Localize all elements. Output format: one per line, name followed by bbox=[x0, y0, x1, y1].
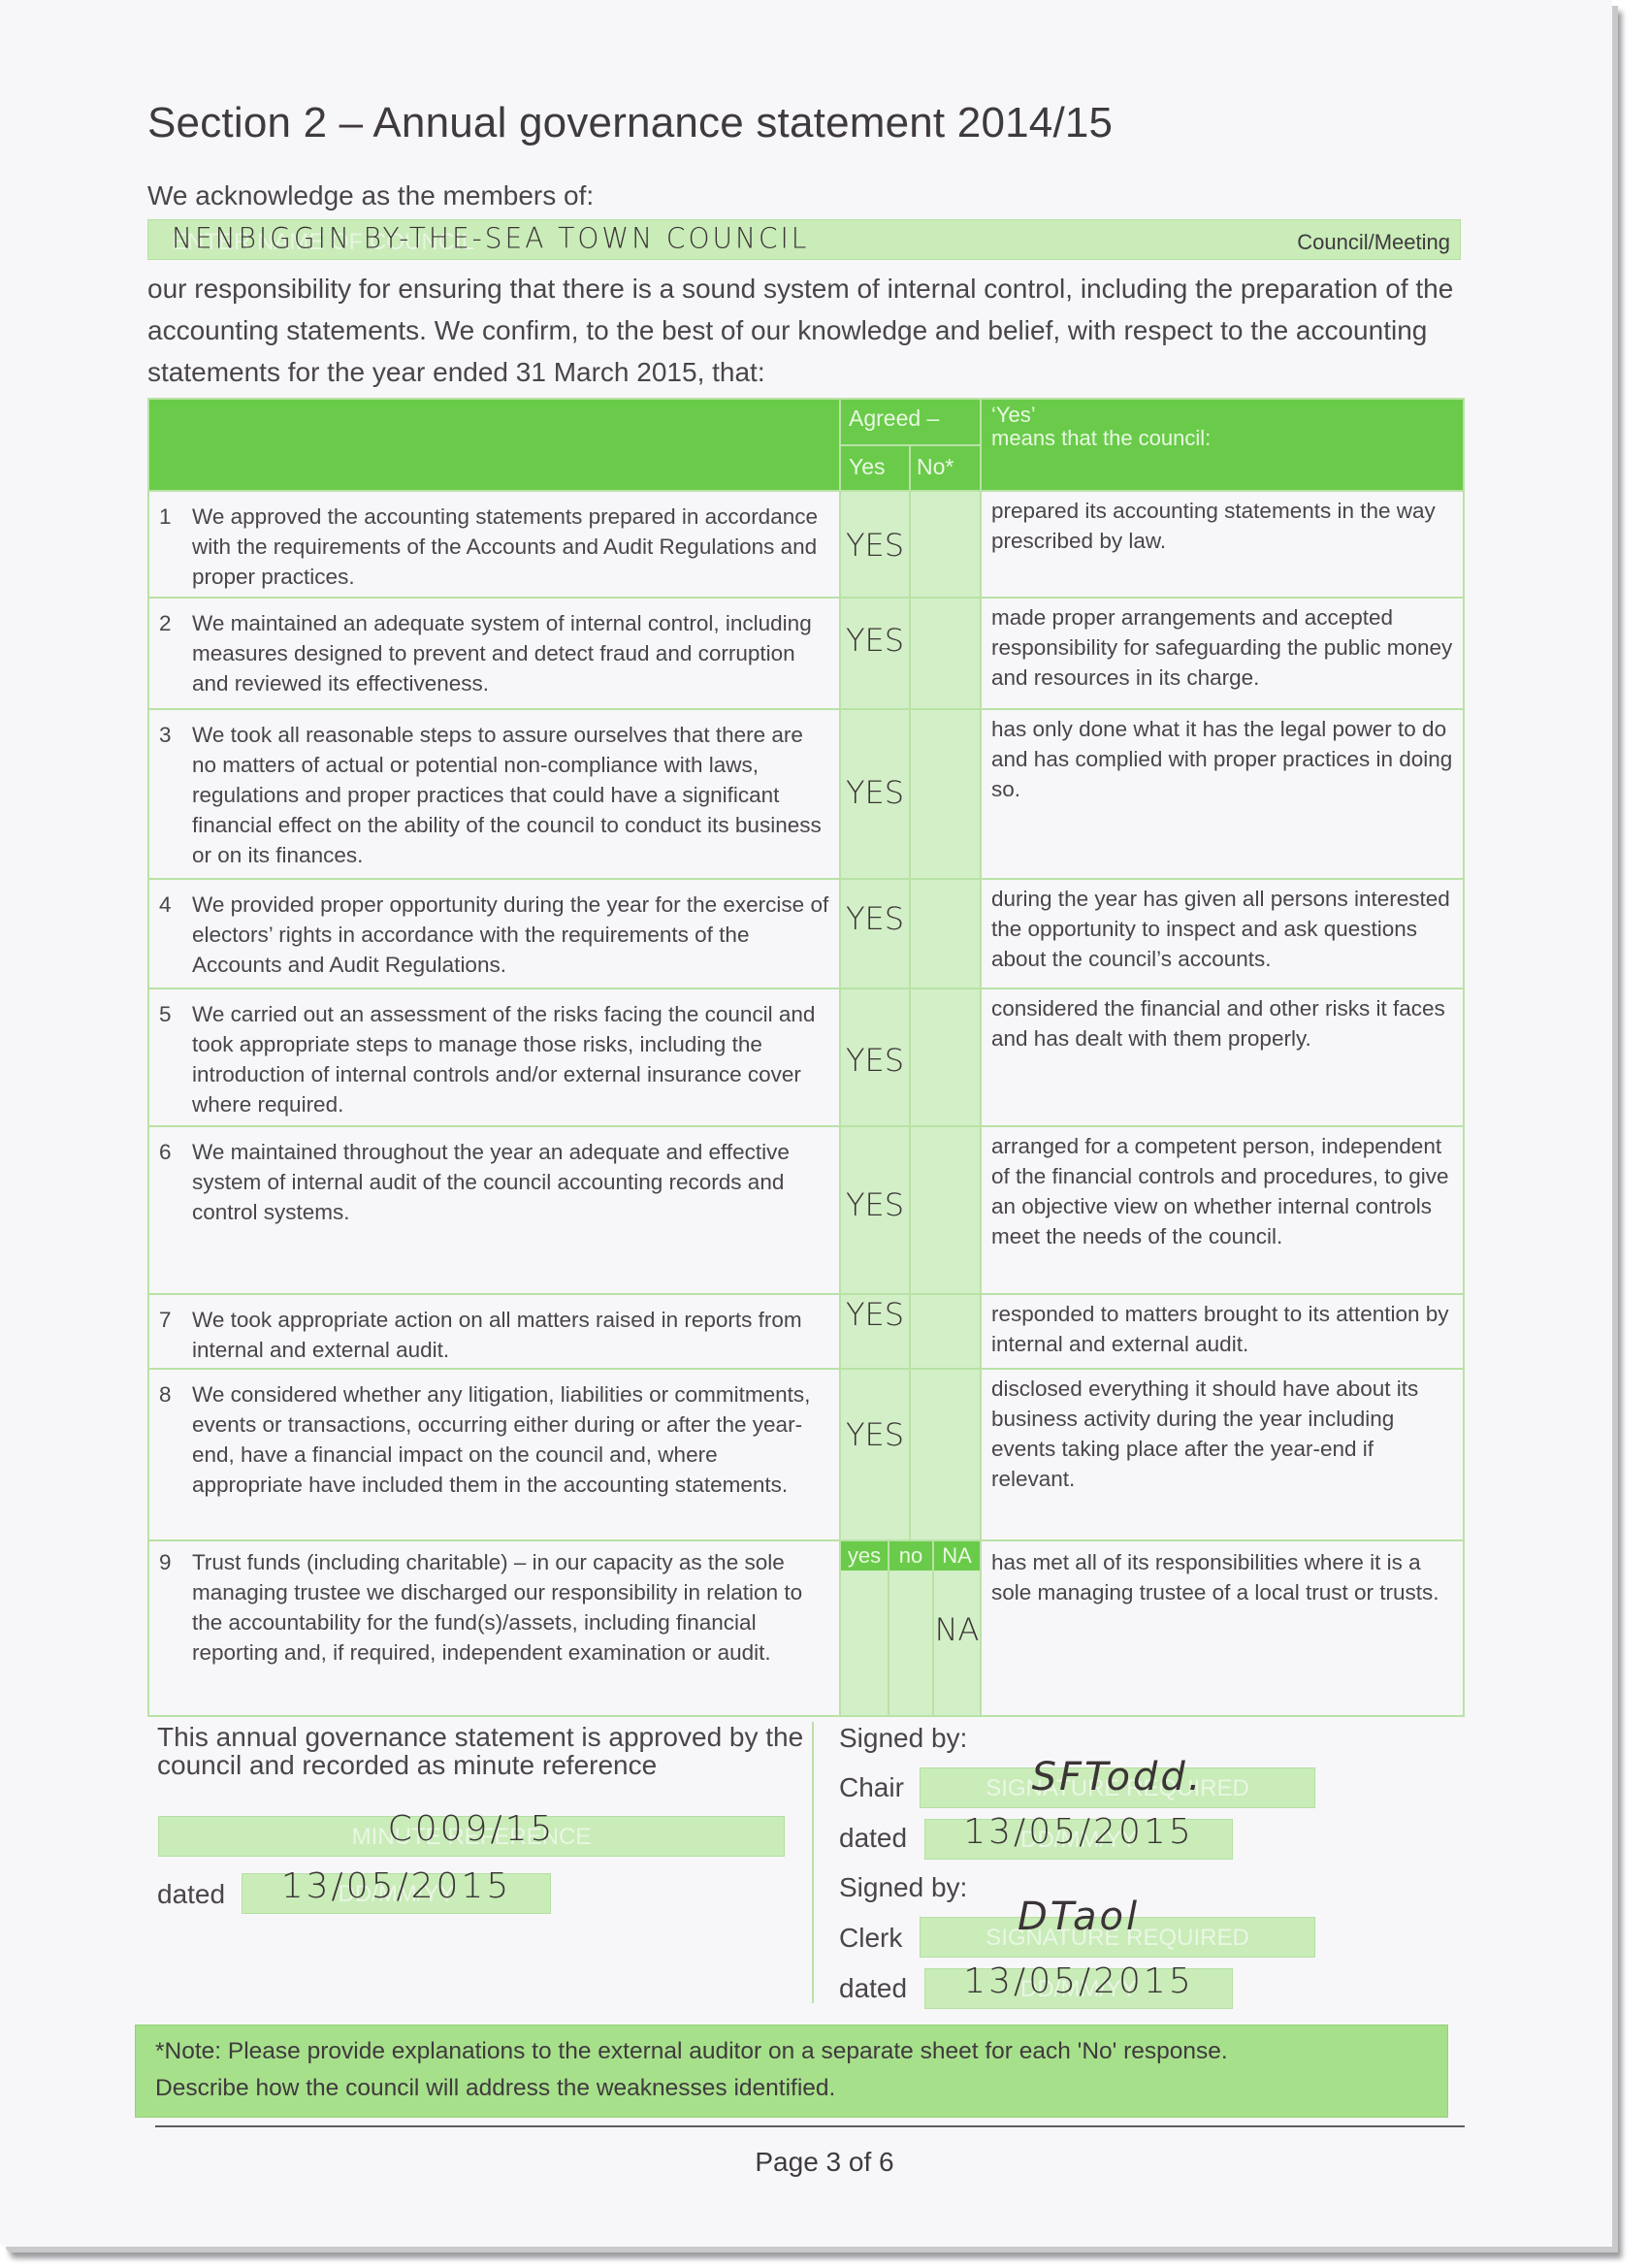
meaning-cell: arranged for a competent person, indepen… bbox=[981, 1126, 1464, 1294]
no-cell[interactable] bbox=[910, 988, 981, 1126]
yes-cell[interactable]: YES bbox=[840, 988, 910, 1126]
yes-mark: YES bbox=[841, 1046, 909, 1076]
clerk-date-field[interactable]: DD/MM/YY 13/05/2015 bbox=[924, 1968, 1233, 2009]
yes-mark: YES bbox=[841, 1190, 909, 1220]
no-cell[interactable] bbox=[910, 1294, 981, 1369]
statement-cell: 2We maintained an adequate system of int… bbox=[148, 598, 840, 709]
yes-cell[interactable]: YES bbox=[840, 709, 910, 879]
meaning-cell: has only done what it has the legal powe… bbox=[981, 709, 1464, 879]
table-row-6: 6We maintained throughout the year an ad… bbox=[148, 1126, 1464, 1294]
table-row-3: 3We took all reasonable steps to assure … bbox=[148, 709, 1464, 879]
page-number: Page 3 of 6 bbox=[0, 2147, 1649, 2178]
trust-na-cell[interactable]: NA NA bbox=[934, 1541, 980, 1715]
row-number: 1 bbox=[149, 502, 192, 592]
statement-text: We approved the accounting statements pr… bbox=[192, 502, 829, 592]
clerk-dated-label: dated bbox=[839, 1973, 907, 2004]
trust-na-mark: NA bbox=[934, 1615, 980, 1645]
meaning-cell: considered the financial and other risks… bbox=[981, 988, 1464, 1126]
note-line-1: *Note: Please provide explanations to th… bbox=[155, 2033, 1447, 2070]
meaning-cell: disclosed everything it should have abou… bbox=[981, 1369, 1464, 1540]
clerk-signature-field[interactable]: SIGNATURE REQUIRED DTaol bbox=[920, 1917, 1315, 1958]
trust-option-no: no bbox=[889, 1541, 932, 1571]
footer-rule bbox=[155, 2125, 1465, 2127]
chair-date-field[interactable]: DD/MM/YY 13/05/2015 bbox=[924, 1819, 1233, 1860]
yes-cell[interactable]: YES bbox=[840, 491, 910, 598]
minute-reference-field[interactable]: MINUTE REFERENCE C009/15 bbox=[158, 1816, 785, 1857]
council-name-value: NENBIGGIN BY-THE-SEA TOWN COUNCIL bbox=[172, 221, 809, 255]
header-meaning-text: means that the council: bbox=[991, 427, 1453, 450]
approval-dated-label: dated bbox=[157, 1879, 225, 1910]
table-header-row: Agreed – ‘Yes’ means that the council: bbox=[148, 399, 1464, 445]
no-cell[interactable] bbox=[910, 709, 981, 879]
yes-cell[interactable]: YES bbox=[840, 1369, 910, 1540]
statement-cell: 3We took all reasonable steps to assure … bbox=[148, 709, 840, 879]
yes-cell[interactable]: YES bbox=[840, 1126, 910, 1294]
yes-cell[interactable]: YES bbox=[840, 879, 910, 988]
statement-text: We considered whether any litigation, li… bbox=[192, 1379, 829, 1500]
table-row-4: 4We provided proper opportunity during t… bbox=[148, 879, 1464, 988]
table-row-7: 7We took appropriate action on all matte… bbox=[148, 1294, 1464, 1369]
yes-mark: YES bbox=[841, 778, 909, 808]
row-number: 2 bbox=[149, 608, 192, 698]
statement-cell: 6We maintained throughout the year an ad… bbox=[148, 1126, 840, 1294]
statement-cell: 8We considered whether any litigation, l… bbox=[148, 1369, 840, 1540]
trust-answer-cells: yes no NA NA bbox=[840, 1540, 981, 1716]
chair-date-value: 13/05/2015 bbox=[925, 1812, 1232, 1852]
yes-mark: YES bbox=[841, 626, 909, 656]
note-line-2: Describe how the council will address th… bbox=[155, 2070, 1447, 2107]
header-meaning-yes: ‘Yes’ bbox=[991, 404, 1453, 427]
acknowledge-label: We acknowledge as the members of: bbox=[147, 180, 594, 211]
statement-cell: 4We provided proper opportunity during t… bbox=[148, 879, 840, 988]
table-row-1: 1We approved the accounting statements p… bbox=[148, 491, 1464, 598]
row-number: 5 bbox=[149, 999, 192, 1119]
meaning-cell: during the year has given all persons in… bbox=[981, 879, 1464, 988]
meaning-text: has met all of its responsibilities wher… bbox=[982, 1541, 1463, 1607]
header-no: No* bbox=[910, 445, 981, 491]
statement-text: We took appropriate action on all matter… bbox=[192, 1305, 829, 1365]
statement-cell-9: 9Trust funds (including charitable) – in… bbox=[148, 1540, 840, 1716]
clerk-label: Clerk bbox=[839, 1923, 902, 1954]
chair-signature-value: SFTodd. bbox=[921, 1755, 1314, 1799]
no-cell[interactable] bbox=[910, 1369, 981, 1540]
statement-cell: 5We carried out an assessment of the ris… bbox=[148, 988, 840, 1126]
statement-text: We carried out an assessment of the risk… bbox=[192, 999, 829, 1119]
no-cell[interactable] bbox=[910, 879, 981, 988]
trust-option-na: NA bbox=[934, 1541, 980, 1571]
statement-text: We maintained throughout the year an ade… bbox=[192, 1137, 829, 1227]
statement-text: We took all reasonable steps to assure o… bbox=[192, 720, 829, 870]
chair-dated-label: dated bbox=[839, 1823, 907, 1854]
table-row-5: 5We carried out an assessment of the ris… bbox=[148, 988, 1464, 1126]
meaning-text: responded to matters brought to its atte… bbox=[982, 1295, 1463, 1359]
meaning-text: prepared its accounting statements in th… bbox=[982, 492, 1463, 556]
trust-option-yes: yes bbox=[841, 1541, 888, 1571]
meaning-text: made proper arrangements and accepted re… bbox=[982, 599, 1463, 693]
meaning-text: has only done what it has the legal powe… bbox=[982, 710, 1463, 804]
statement-cell: 7We took appropriate action on all matte… bbox=[148, 1294, 840, 1369]
meaning-text: during the year has given all persons in… bbox=[982, 880, 1463, 974]
no-cell[interactable] bbox=[910, 598, 981, 709]
council-meeting-label: Council/Meeting bbox=[1297, 230, 1450, 255]
chair-signed-by-label: Signed by: bbox=[839, 1723, 967, 1754]
yes-mark: YES bbox=[841, 531, 909, 561]
header-meaning: ‘Yes’ means that the council: bbox=[981, 399, 1464, 491]
no-cell[interactable] bbox=[910, 1126, 981, 1294]
meaning-cell-9: has met all of its responsibilities wher… bbox=[981, 1540, 1464, 1716]
no-cell[interactable] bbox=[910, 491, 981, 598]
approval-date-value: 13/05/2015 bbox=[242, 1866, 550, 1906]
approval-date-field[interactable]: DD/MM/YY 13/05/2015 bbox=[242, 1873, 551, 1914]
statement-cell: 1We approved the accounting statements p… bbox=[148, 491, 840, 598]
row-number: 3 bbox=[149, 720, 192, 870]
header-statement-cell bbox=[148, 399, 840, 491]
statement-text: We maintained an adequate system of inte… bbox=[192, 608, 829, 698]
statement-text: Trust funds (including charitable) – in … bbox=[192, 1547, 829, 1668]
row-number: 8 bbox=[149, 1379, 192, 1500]
meaning-text: considered the financial and other risks… bbox=[982, 989, 1463, 1053]
header-agreed: Agreed – bbox=[840, 399, 981, 445]
meaning-cell: responded to matters brought to its atte… bbox=[981, 1294, 1464, 1369]
table-row-2: 2We maintained an adequate system of int… bbox=[148, 598, 1464, 709]
yes-mark: YES bbox=[841, 1420, 909, 1450]
meaning-cell: prepared its accounting statements in th… bbox=[981, 491, 1464, 598]
statement-text: We provided proper opportunity during th… bbox=[192, 890, 829, 980]
yes-mark: YES bbox=[841, 904, 909, 934]
yes-cell[interactable]: YES bbox=[840, 1294, 910, 1369]
row-number: 6 bbox=[149, 1137, 192, 1227]
yes-mark: YES bbox=[841, 1300, 909, 1330]
row-number: 9 bbox=[149, 1547, 192, 1668]
council-name-field[interactable]: ENTER NAME OF COUNCIL NENBIGGIN BY-THE-S… bbox=[147, 219, 1461, 260]
meaning-text: disclosed everything it should have abou… bbox=[982, 1370, 1463, 1494]
governance-table: Agreed – ‘Yes’ means that the council: Y… bbox=[147, 398, 1465, 1717]
note-box: *Note: Please provide explanations to th… bbox=[135, 2025, 1448, 2118]
page-title: Section 2 – Annual governance statement … bbox=[147, 99, 1113, 147]
row-number: 4 bbox=[149, 890, 192, 980]
trust-no-cell[interactable]: no bbox=[889, 1541, 934, 1715]
row-number: 7 bbox=[149, 1305, 192, 1365]
clerk-signed-by-label: Signed by: bbox=[839, 1872, 967, 1903]
chair-signature-field[interactable]: SIGNATURE REQUIRED SFTodd. bbox=[920, 1767, 1315, 1808]
approval-text: This annual governance statement is appr… bbox=[157, 1723, 817, 1779]
yes-cell[interactable]: YES bbox=[840, 598, 910, 709]
meaning-text: arranged for a competent person, indepen… bbox=[982, 1127, 1463, 1251]
table-row-9: 9Trust funds (including charitable) – in… bbox=[148, 1540, 1464, 1716]
meaning-cell: made proper arrangements and accepted re… bbox=[981, 598, 1464, 709]
chair-label: Chair bbox=[839, 1772, 904, 1803]
minute-reference-value: C009/15 bbox=[159, 1809, 784, 1849]
clerk-date-value: 13/05/2015 bbox=[925, 1961, 1232, 2001]
header-yes: Yes bbox=[840, 445, 910, 491]
trust-yes-cell[interactable]: yes bbox=[841, 1541, 889, 1715]
intro-paragraph: our responsibility for ensuring that the… bbox=[147, 268, 1476, 393]
clerk-signature-value: DTaol bbox=[1018, 1895, 1314, 1939]
table-row-8: 8We considered whether any litigation, l… bbox=[148, 1369, 1464, 1540]
